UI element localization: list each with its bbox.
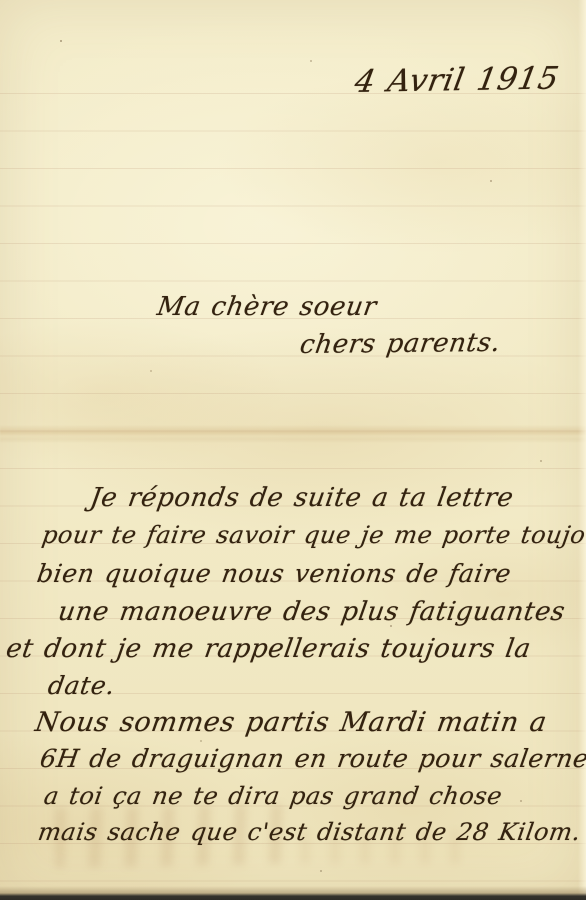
paper-specks (60, 40, 62, 42)
date-line: 4 Avril 1915 (352, 60, 562, 100)
salutation-line-1: Ma chère soeur (155, 292, 379, 322)
body-line-5: et dont je me rappellerais toujours la (4, 634, 533, 664)
letter-scan-page: 4 Avril 1915 Ma chère soeur chers parent… (0, 0, 586, 900)
body-line-8: 6H de draguignan en route pour salernes (38, 744, 586, 773)
scan-bottom-edge (0, 886, 586, 900)
body-line-9: a toi ça ne te dira pas grand chose (42, 782, 504, 810)
body-line-3: bien quoique nous venions de faire (35, 559, 513, 588)
body-line-10: mais sache que c'est distant de 28 Kilom… (36, 818, 583, 846)
body-line-7: Nous sommes partis Mardi matin a (33, 707, 549, 738)
body-line-4: une manoeuvre des plus fatiguantes (56, 597, 567, 627)
body-line-6: date. (46, 671, 117, 700)
body-line-1: Je réponds de suite a ta lettre (88, 483, 516, 513)
fold-crease (0, 425, 586, 443)
body-line-2: pour te faire savoir que je me porte tou… (40, 521, 586, 549)
salutation-line-2: chers parents. (298, 328, 503, 360)
